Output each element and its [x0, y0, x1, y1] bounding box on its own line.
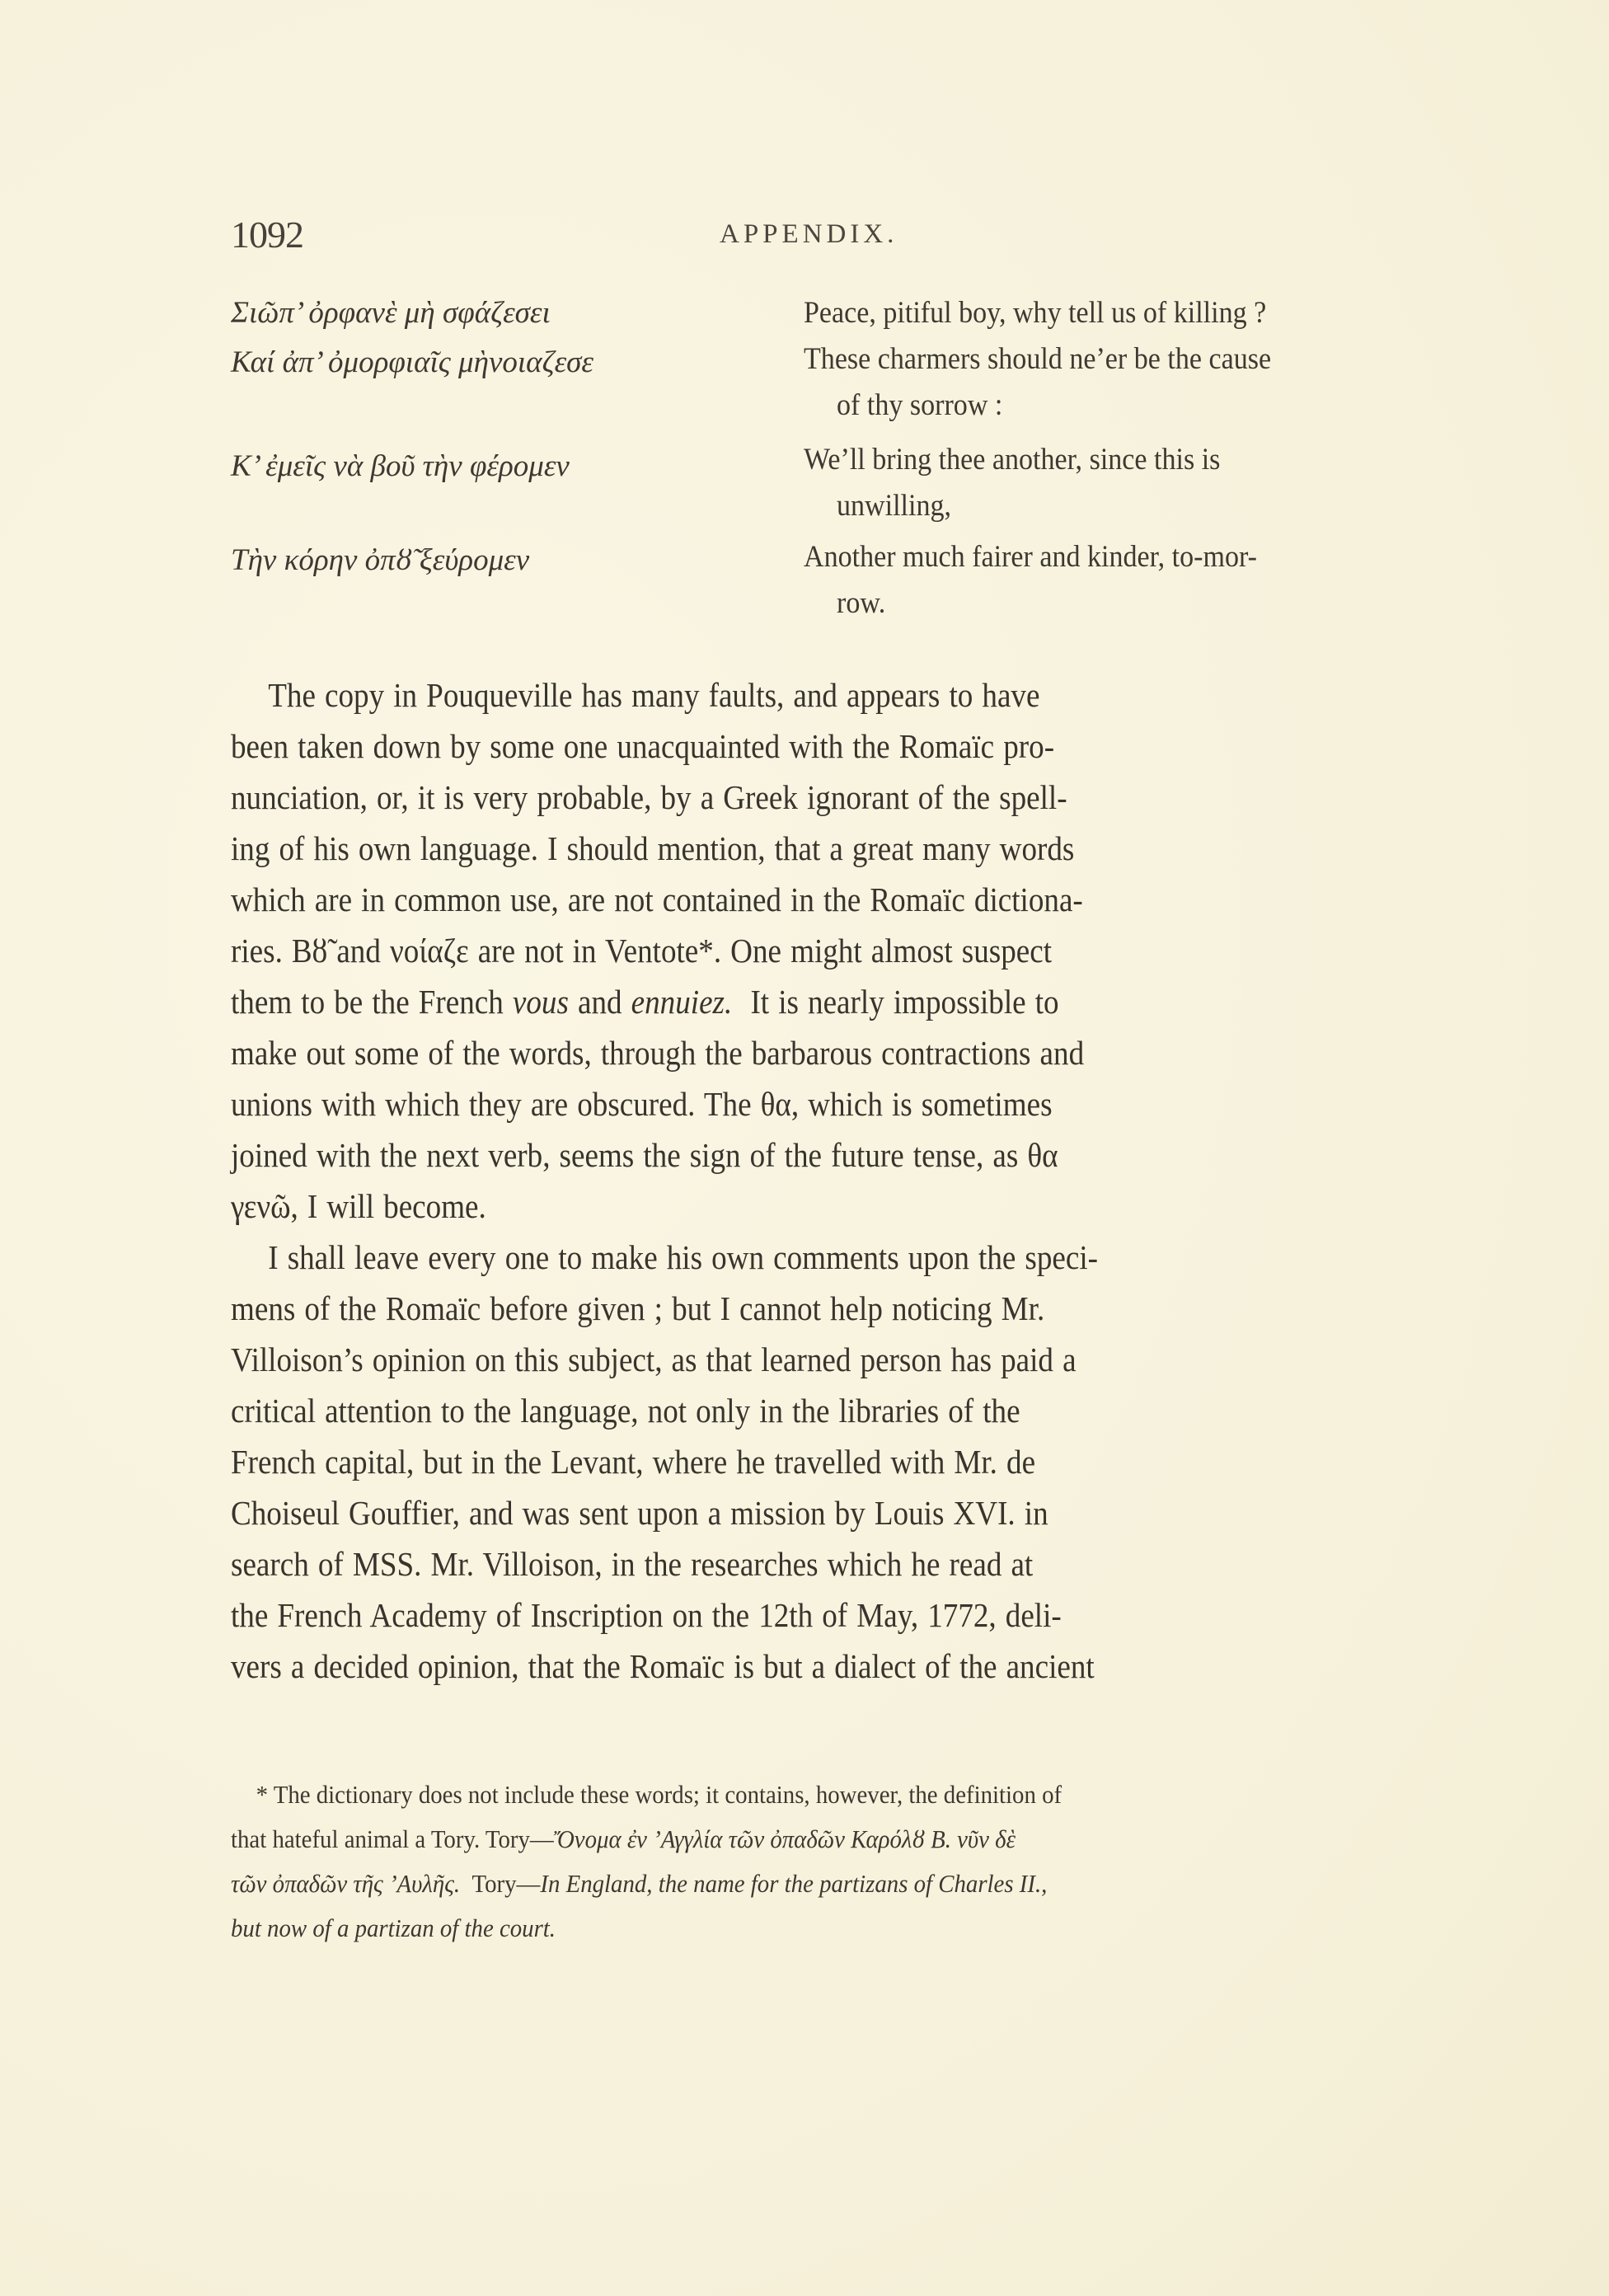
body-text: The copy in Pouqueville has many faults,… [231, 674, 1434, 1697]
greek-text: Ὄνομα ἐν ’Αγγλία τῶν ὀπαδῶν Καρόλȣ Β. νῦ… [554, 1824, 1016, 1853]
text-run: them to be the French [231, 983, 504, 1021]
italic-text: ennuiez. [631, 983, 733, 1021]
paragraph-line: Choiseul Gouffier, and was sent upon a m… [231, 1492, 1320, 1543]
greek-verse-line: Τὴν κόρην ὀπȣ̃ ξεύρομεν [231, 542, 529, 578]
italic-text: but now of a partizan of the court. [231, 1913, 556, 1942]
verse-block: Σιῶπ’ ὀρφανὲ μὴ σφάζεσει Καί ἀπ’ ὀμορφια… [231, 295, 1434, 625]
book-page: 1092 APPENDIX. Σιῶπ’ ὀρφανὲ μὴ σφάζεσει … [0, 0, 1609, 2296]
greek-verse-line: Καί ἀπ’ ὀμορφιαῖς μὴνοιαζεσε [231, 345, 593, 380]
paragraph-line: The copy in Pouqueville has many faults,… [231, 674, 1320, 725]
paragraph-line: unions with which they are obscured. The… [231, 1083, 1320, 1134]
english-verse-line: of thy sorrow : [837, 387, 1002, 423]
english-verse-line: Peace, pitiful boy, why tell us of killi… [804, 295, 1266, 331]
italic-text: In England, the name for the partizans o… [540, 1869, 1047, 1898]
greek-verse-line: Σιῶπ’ ὀρφανὲ μὴ σφάζεσει [231, 295, 551, 331]
footnote-line: τῶν ὀπαδῶν τῆς ’Αυλῆς. Tory—In England, … [231, 1866, 1359, 1910]
paragraph-line: ing of his own language. I should mentio… [231, 828, 1320, 879]
page-number: 1092 [231, 213, 303, 256]
paragraph-line: joined with the next verb, seems the sig… [231, 1134, 1320, 1186]
text-run: and [578, 983, 622, 1021]
paragraph-line: ries. Bȣ̃ and νοίαζε are not in Ventote*… [231, 930, 1320, 981]
paragraph-line: them to be the French vous and ennuiez. … [231, 981, 1320, 1032]
text-run: It is nearly impossible to [750, 983, 1058, 1021]
text-run: The dictionary does not include these wo… [274, 1780, 1062, 1809]
footnote-line: but now of a partizan of the court. [231, 1910, 1359, 1955]
text-run: Tory— [472, 1869, 541, 1898]
paragraph-line: make out some of the words, through the … [231, 1032, 1320, 1083]
paragraph-line: I shall leave every one to make his own … [231, 1237, 1320, 1288]
english-verse-line: unwilling, [837, 488, 951, 524]
english-verse-line: Another much fairer and kinder, to-mor- [804, 539, 1257, 575]
paragraph-line: critical attention to the language, not … [231, 1390, 1320, 1441]
footnote-marker: * [256, 1780, 268, 1809]
paragraph-line: search of MSS. Mr. Villoison, in the res… [231, 1543, 1320, 1594]
footnote-line: * The dictionary does not include these … [241, 1777, 1360, 1821]
paragraph-line: nunciation, or, it is very probable, by … [231, 777, 1320, 828]
english-verse-line: row. [837, 585, 885, 621]
paragraph-line: French capital, but in the Levant, where… [231, 1441, 1320, 1492]
footnote-line: that hateful animal a Tory. Tory—Ὄνομα ἐ… [231, 1821, 1359, 1866]
paragraph-line: Villoison’s opinion on this subject, as … [231, 1339, 1320, 1390]
italic-text: vous [513, 983, 569, 1021]
paragraph-line: the French Academy of Inscription on the… [231, 1594, 1320, 1646]
greek-text: τῶν ὀπαδῶν τῆς ’Αυλῆς. [231, 1869, 460, 1898]
running-head: 1092 APPENDIX. [231, 213, 1434, 262]
paragraph-line: γενῶ, I will become. [231, 1186, 1320, 1237]
paragraph-line: been taken down by some one unacquainted… [231, 725, 1320, 777]
text-run: that hateful animal a Tory. Tory— [231, 1824, 554, 1853]
paragraph-line: which are in common use, are not contain… [231, 879, 1320, 930]
section-title: APPENDIX. [720, 219, 898, 250]
footnote: * The dictionary does not include these … [241, 1777, 1444, 1955]
paragraph-line: mens of the Romaïc before given ; but I … [231, 1288, 1320, 1339]
paragraph-line: vers a decided opinion, that the Romaïc … [231, 1646, 1320, 1697]
greek-verse-line: Κ’ ἐμεῖς νὰ βοῦ τὴν φέρομεν [231, 448, 570, 484]
english-verse-line: We’ll bring thee another, since this is [804, 442, 1220, 477]
english-verse-line: These charmers should ne’er be the cause [804, 341, 1271, 377]
